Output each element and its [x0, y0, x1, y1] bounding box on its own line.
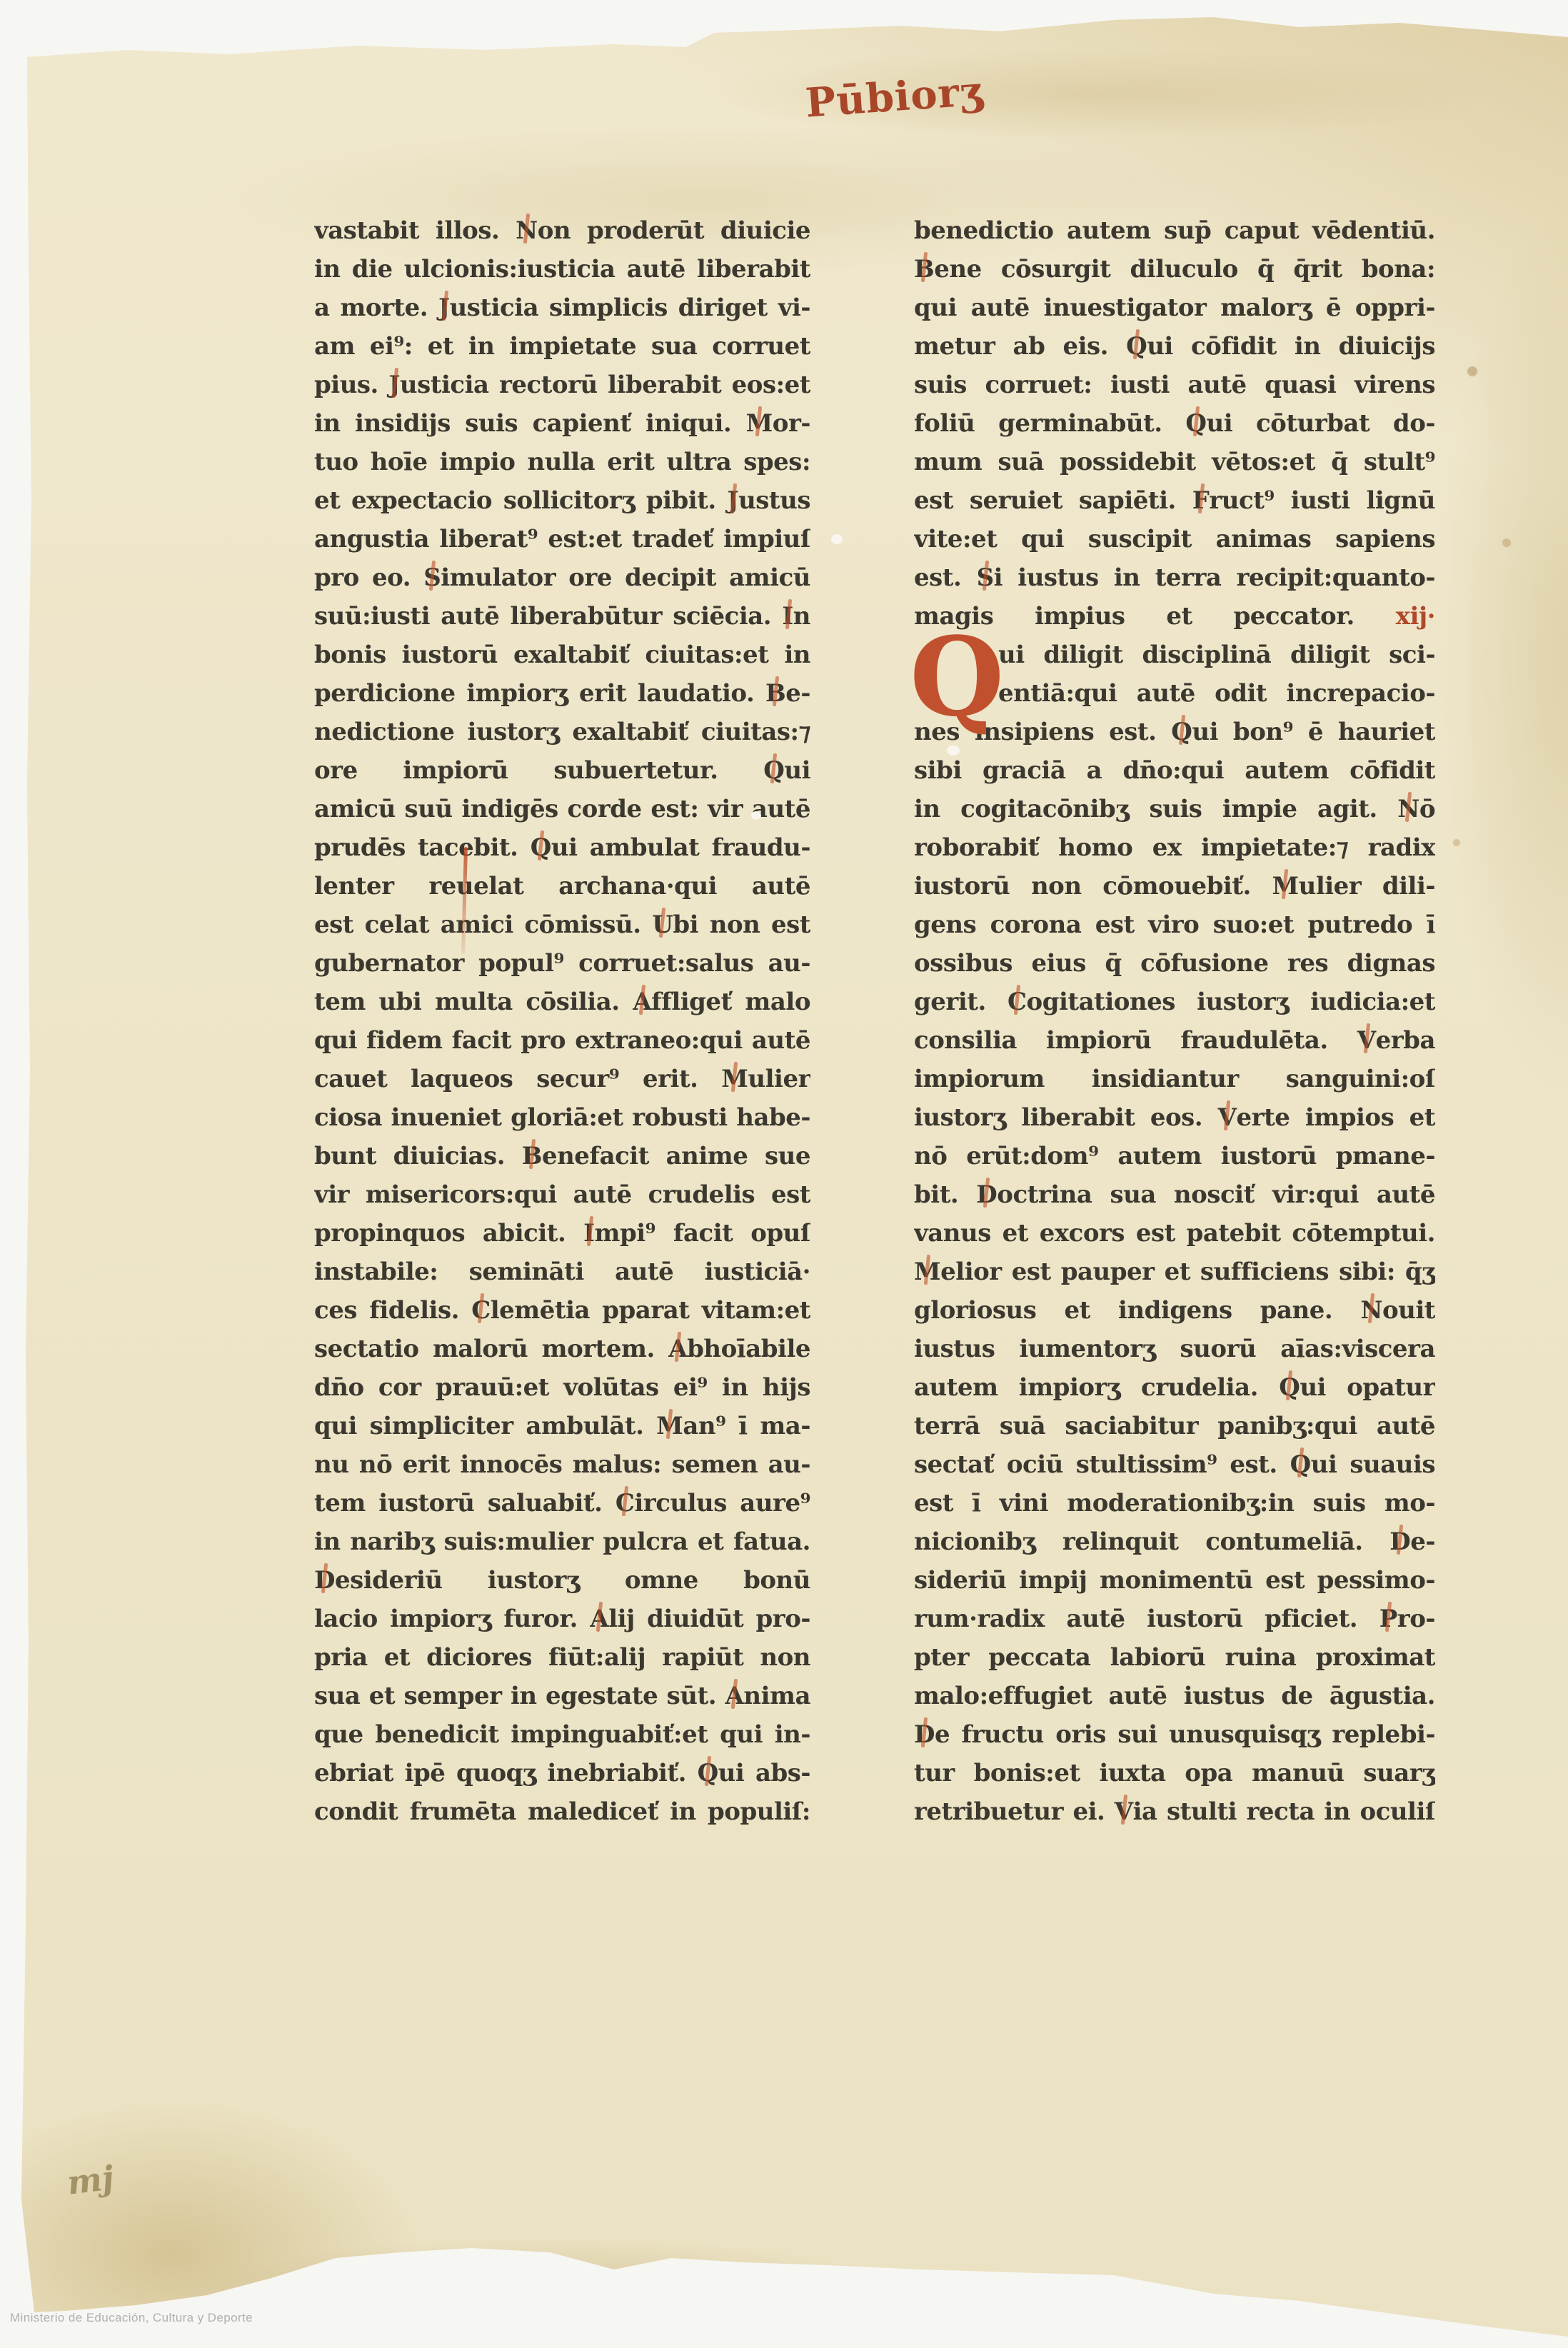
text-line: nu nō erit innocēs malus: semen au-: [314, 1445, 810, 1484]
text-line: Desideriū iustorʒ omne bonū est:p̄sto-: [314, 1561, 810, 1600]
rubricated-capital: J: [388, 366, 400, 404]
rubricated-capital: M: [1272, 867, 1298, 905]
rubricated-capital: D: [1389, 1522, 1410, 1561]
parchment-flaw: [831, 534, 843, 544]
text-line: impiorum insidiantur sanguini:oſ: [914, 1060, 1435, 1098]
rubricated-capital: Q: [1290, 1445, 1311, 1484]
text-line: sectať ociū stultissim⁹ est. Qui suauis: [914, 1445, 1435, 1484]
text-line: suis corruet: iusti autē quasi virens: [914, 366, 1435, 404]
chapter-drop-cap: Q: [910, 623, 1004, 731]
text-line: dn̄o cor prauū:et volūtas ei⁹ in hijs: [314, 1368, 810, 1407]
rubricated-capital: A: [725, 1677, 743, 1715]
text-line: gloriosus et indigens pane. Nouit: [914, 1291, 1435, 1330]
text-line: in insidijs suis capienť iniqui. Mor-: [314, 404, 810, 443]
text-line: tem iustorū saluabiť. Circulus aure⁹: [314, 1484, 810, 1522]
text-line: bit. Doctrina sua nosciť vir:qui autē: [914, 1175, 1435, 1214]
text-line: bunt diuicias. Benefacit anime sue: [314, 1137, 810, 1175]
text-line: qui simpliciter ambulāt. Man⁹ ī ma-: [314, 1407, 810, 1445]
rubricated-capital: B: [522, 1137, 542, 1175]
text-line: instabile: semināti autē iusticiā· mer-: [314, 1253, 810, 1291]
rubricated-capital: M: [721, 1060, 748, 1098]
text-line: ciosa inueniet gloriā:et robusti habe-: [314, 1098, 810, 1137]
text-line: est seruiet sapiēti. Fruct⁹ iusti lignū: [914, 481, 1435, 520]
text-line: in cogitacōnibʒ suis impie agit. Nō: [914, 790, 1435, 828]
rubricated-capital: V: [1115, 1792, 1133, 1831]
text-line: tur bonis:et iuxta opa manuū suarʒ: [914, 1754, 1435, 1792]
text-line: iustorʒ liberabit eos. Verte impios et: [914, 1098, 1435, 1137]
text-column-right: Q benedictio autem sup̄ caput vēdentiū.B…: [914, 211, 1435, 1831]
rubricated-capital: Q: [698, 1754, 718, 1792]
rubricated-capital: Q: [1279, 1368, 1300, 1407]
chapter-numeral: xij·: [1396, 602, 1435, 631]
rubricated-capital: J: [727, 481, 738, 520]
rubricated-capital: M: [746, 404, 773, 443]
rubricated-capital: B: [765, 674, 785, 713]
text-line: est celat amici cōmissū. Ubi non est: [314, 905, 810, 944]
rubricated-capital: P: [1379, 1600, 1397, 1638]
text-line: gerit. Cogitationes iustorʒ iudicia:et: [914, 983, 1435, 1021]
text-line: iustorū non cōmouebiť. Mulier dili-: [914, 867, 1435, 905]
text-line: consilia impiorū fraudulēta. Verba: [914, 1021, 1435, 1060]
text-line: angustia liberat⁹ est:et tradeť impiuſ: [314, 520, 810, 558]
rubricated-capital: I: [583, 1214, 594, 1253]
text-line: cauet laqueos secur⁹ erit. Mulier gra-: [314, 1060, 810, 1098]
text-line: sibi graciā a dn̄o:qui autem cōfidit: [914, 751, 1435, 790]
text-line: tuo hoīe impio nulla erit ultra spes:: [314, 443, 810, 481]
rubricated-capital: V: [1357, 1021, 1376, 1060]
rubricated-capital: C: [1007, 983, 1027, 1021]
scanned-page-backdrop: Pūbiorʒ vastabit illos. Non proderūt diu…: [0, 0, 1568, 2348]
rubricated-capital: N: [516, 211, 538, 250]
text-line: gens corona est viro suo:et putredo ī: [914, 905, 1435, 944]
rubricated-capital: D: [914, 1715, 935, 1754]
rubricated-capital: F: [1192, 481, 1210, 520]
rubricated-capital: S: [977, 558, 994, 597]
text-line: nedictione iustorʒ exaltabiť ciuitas:⁊: [314, 713, 810, 751]
text-line: que benedicit impinguabiť:et qui in-: [314, 1715, 810, 1754]
text-line: roborabiť homo ex impietate:⁊ radix: [914, 828, 1435, 867]
text-line: suū:iusti autē liberabūtur sciēcia. In: [314, 597, 810, 636]
text-line: autem impiorʒ crudelia. Qui opatur: [914, 1368, 1435, 1407]
rubricated-capital: D: [314, 1561, 335, 1600]
rubricated-capital: S: [423, 558, 441, 597]
rubricated-capital: I: [782, 597, 793, 636]
text-line: vite:et qui suscipit animas sapiens: [914, 520, 1435, 558]
text-line: et expectacio sollicitorʒ pibit. Justus …: [314, 481, 810, 520]
rubricated-capital: C: [471, 1291, 491, 1330]
text-line: est ī vini moderationibʒ:in suis mo-: [914, 1484, 1435, 1522]
rubricated-capital: D: [976, 1175, 997, 1214]
text-line: lacio impiorʒ furor. Alij diuidūt pro-: [314, 1600, 810, 1638]
rubricated-capital: N: [1360, 1291, 1382, 1330]
text-line: terrā suā saciabitur panibʒ:qui autē: [914, 1407, 1435, 1445]
quire-mark: mj: [65, 2158, 116, 2202]
text-line: ebriat ipē quoqʒ inebriabiť. Qui abs-: [314, 1754, 810, 1792]
rubricated-capital: B: [914, 250, 934, 289]
text-line: tem ubi multa cōsilia. Affligeť malo: [314, 983, 810, 1021]
parchment-page: Pūbiorʒ vastabit illos. Non proderūt diu…: [0, 0, 1568, 2348]
text-line: vastabit illos. Non proderūt diuicie: [314, 211, 810, 250]
text-line: ces fidelis. Clemētia pparat vitam:et: [314, 1291, 810, 1330]
text-line: ossibus eius q̄ cōfusione res dignas: [914, 944, 1435, 983]
text-line: retribuetur ei. Via stulti recta in ocul…: [914, 1792, 1435, 1831]
text-line: rum·radix autē iustorū pficiet. Pro-: [914, 1600, 1435, 1638]
text-line: condit frumēta malediceť in populiſ:: [314, 1792, 810, 1831]
text-line: De fructu oris sui unusquisqʒ replebi-: [914, 1715, 1435, 1754]
text-line: prudēs tacebit. Qui ambulat fraudu-: [314, 828, 810, 867]
text-line: vanus et excors est patebit cōtemptui.: [914, 1214, 1435, 1253]
rubricated-capital: Q: [1185, 404, 1206, 443]
running-header: Pūbiorʒ: [804, 71, 984, 123]
text-line: bonis iustorū exaltabiť ciuitas:et in: [314, 636, 810, 674]
text-line: benedictio autem sup̄ caput vēdentiū.: [914, 211, 1435, 250]
text-line: in die ulcionis:iusticia autē liberabit: [314, 250, 810, 289]
parchment-flaw: [751, 811, 761, 820]
rubricated-capital: V: [1218, 1098, 1237, 1137]
text-line: nicionibʒ relinquit contumeliā. De-: [914, 1522, 1435, 1561]
rubricated-capital: M: [914, 1253, 940, 1291]
text-line: perdicione impiorʒ erit laudatio. Be-: [314, 674, 810, 713]
text-line: qui autē inuestigator malorʒ ē oppri-: [914, 289, 1435, 327]
text-line: est. Si iustus in terra recipit:quanto-: [914, 558, 1435, 597]
text-line: sectatio malorū mortem. Abhoīabile: [314, 1330, 810, 1368]
rubricated-capital: Q: [1126, 327, 1147, 366]
rubricated-capital: A: [668, 1330, 687, 1368]
text-line: am ei⁹: et in impietate sua corruet im-: [314, 327, 810, 366]
rubricated-capital: Q: [1171, 713, 1192, 751]
text-line: pria et diciores fiūt:alij rapiūt non: [314, 1638, 810, 1677]
text-line: a morte. Justicia simplicis diriget vi-: [314, 289, 810, 327]
rubricated-capital: U: [652, 905, 673, 944]
text-line: sideriū impij monimentū est pessimo-: [914, 1561, 1435, 1600]
text-line: ore impiorū subuertetur. Qui despicit: [314, 751, 810, 790]
text-line: amicū suū indigēs corde est: vir autē: [314, 790, 810, 828]
text-line: propinquos abicit. Impi⁹ facit opuſ: [314, 1214, 810, 1253]
text-line: sua et semper in egestate sūt. Anima: [314, 1677, 810, 1715]
text-line: gubernator popul⁹ corruet:salus au-: [314, 944, 810, 983]
library-watermark: Ministerio de Educación, Cultura y Depor…: [10, 2311, 253, 2325]
text-line: foliū germinabūt. Qui cōturbat do-: [914, 404, 1435, 443]
rubricated-capital: M: [656, 1407, 683, 1445]
text-line: vir misericors:qui autē crudelis est et: [314, 1175, 810, 1214]
text-line: pro eo. Simulator ore decipit amicū: [314, 558, 810, 597]
text-line: in naribʒ suis:mulier pulcra et fatua.: [314, 1522, 810, 1561]
text-line: Melior est pauper et sufficiens sibi: q̄…: [914, 1253, 1435, 1291]
text-line: qui fidem facit pro extraneo:qui autē: [314, 1021, 810, 1060]
text-line: pius. Justicia rectorū liberabit eos:et: [314, 366, 810, 404]
parchment-flaw: [947, 746, 960, 756]
text-line: malo:effugiet autē iustus de āgustia.: [914, 1677, 1435, 1715]
rubricated-capital: N: [1397, 790, 1419, 828]
text-line: Bene cōsurgit diluculo q̄ q̄rit bona:: [914, 250, 1435, 289]
text-line: lenter reuelat archana·qui autē fideliſ: [314, 867, 810, 905]
text-line: mum suā possidebit vētos:et q̄ stult⁹: [914, 443, 1435, 481]
text-line: metur ab eis. Qui cōfidit in diuicijs: [914, 327, 1435, 366]
rubricated-capital: Q: [531, 828, 551, 867]
rubricated-capital: A: [590, 1600, 608, 1638]
rubricated-capital: C: [615, 1484, 635, 1522]
text-line: iustus iumentorʒ suorū aīas:viscera: [914, 1330, 1435, 1368]
text-line: pter peccata labiorū ruina proximat: [914, 1638, 1435, 1677]
text-column-left: vastabit illos. Non proderūt diuiciein d…: [314, 211, 810, 1831]
rubricated-capital: A: [633, 983, 651, 1021]
text-line: nō erūt:dom⁹ autem iustorū pmane-: [914, 1137, 1435, 1175]
rubricated-capital: Q: [763, 751, 784, 790]
rubricated-capital: J: [438, 289, 450, 327]
